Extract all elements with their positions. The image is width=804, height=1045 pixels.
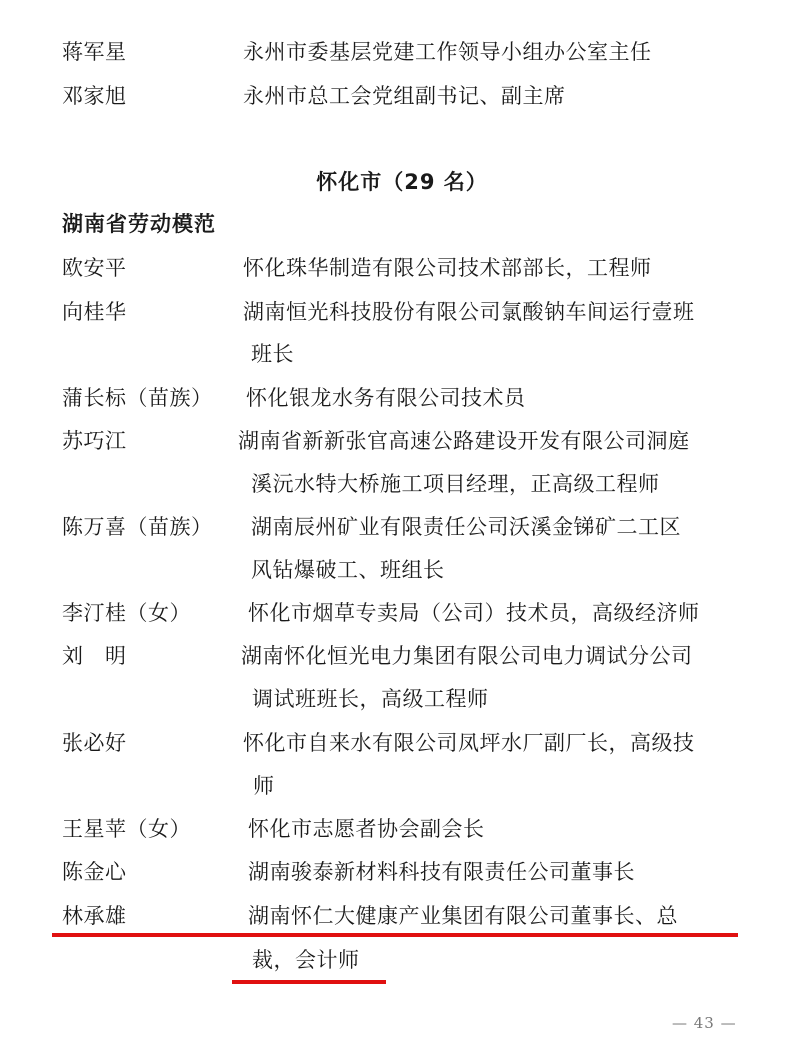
entry-title-highlighted: 湖南怀仁大健康产业集团有限公司董事长、总 xyxy=(248,902,678,930)
entry-name: 蒲长标（苗族） xyxy=(62,384,213,412)
entry-name: 陈万喜（苗族） xyxy=(62,513,213,541)
entry-title: 怀化市烟草专卖局（公司）技术员，高级经济师 xyxy=(248,599,700,627)
entry-name-highlighted: 林承雄 xyxy=(62,902,127,930)
entry-name: 邓家旭 xyxy=(62,82,127,110)
category-heading: 湖南省劳动模范 xyxy=(62,210,216,238)
entry-name: 张必好 xyxy=(62,729,127,757)
red-underline xyxy=(52,933,738,937)
entry-name: 蒋军星 xyxy=(62,38,127,66)
entry-title: 湖南骏泰新材料科技有限责任公司董事长 xyxy=(248,858,635,886)
entry-name: 刘 明 xyxy=(62,642,127,670)
red-underline xyxy=(232,980,386,984)
entry-title: 怀化珠华制造有限公司技术部部长，工程师 xyxy=(243,254,652,282)
entry-name: 向桂华 xyxy=(62,298,127,326)
section-title: 怀化市（29 名） xyxy=(0,168,804,196)
entry-title: 怀化银龙水务有限公司技术员 xyxy=(246,384,526,412)
entry-name: 陈金心 xyxy=(62,858,127,886)
entry-title-continuation: 溪沅水特大桥施工项目经理，正高级工程师 xyxy=(251,470,660,498)
entry-title: 湖南辰州矿业有限责任公司沃溪金锑矿二工区 xyxy=(251,513,681,541)
entry-title-continuation: 调试班班长，高级工程师 xyxy=(252,685,489,713)
entry-name: 欧安平 xyxy=(62,254,127,282)
entry-title: 怀化市志愿者协会副会长 xyxy=(248,815,485,843)
entry-title: 湖南怀化恒光电力集团有限公司电力调试分公司 xyxy=(241,642,693,670)
entry-name: 苏巧江 xyxy=(62,427,127,455)
entry-title: 永州市委基层党建工作领导小组办公室主任 xyxy=(243,38,652,66)
document-page: 蒋军星 永州市委基层党建工作领导小组办公室主任 邓家旭 永州市总工会党组副书记、… xyxy=(0,0,804,1045)
entry-title: 永州市总工会党组副书记、副主席 xyxy=(243,82,566,110)
entry-title-continuation: 风钻爆破工、班组长 xyxy=(251,556,445,584)
entry-title-continuation: 班长 xyxy=(251,340,294,368)
page-number: — 43 — xyxy=(672,1014,737,1032)
entry-title-continuation: 师 xyxy=(253,772,275,800)
entry-name: 李汀桂（女） xyxy=(62,599,191,627)
entry-name: 王星苹（女） xyxy=(62,815,191,843)
entry-title: 湖南恒光科技股份有限公司氯酸钠车间运行壹班 xyxy=(243,298,695,326)
entry-title-continuation-highlighted: 裁，会计师 xyxy=(252,946,360,974)
entry-title: 湖南省新新张官高速公路建设开发有限公司洞庭 xyxy=(238,427,690,455)
entry-title: 怀化市自来水有限公司凤坪水厂副厂长，高级技 xyxy=(243,729,695,757)
